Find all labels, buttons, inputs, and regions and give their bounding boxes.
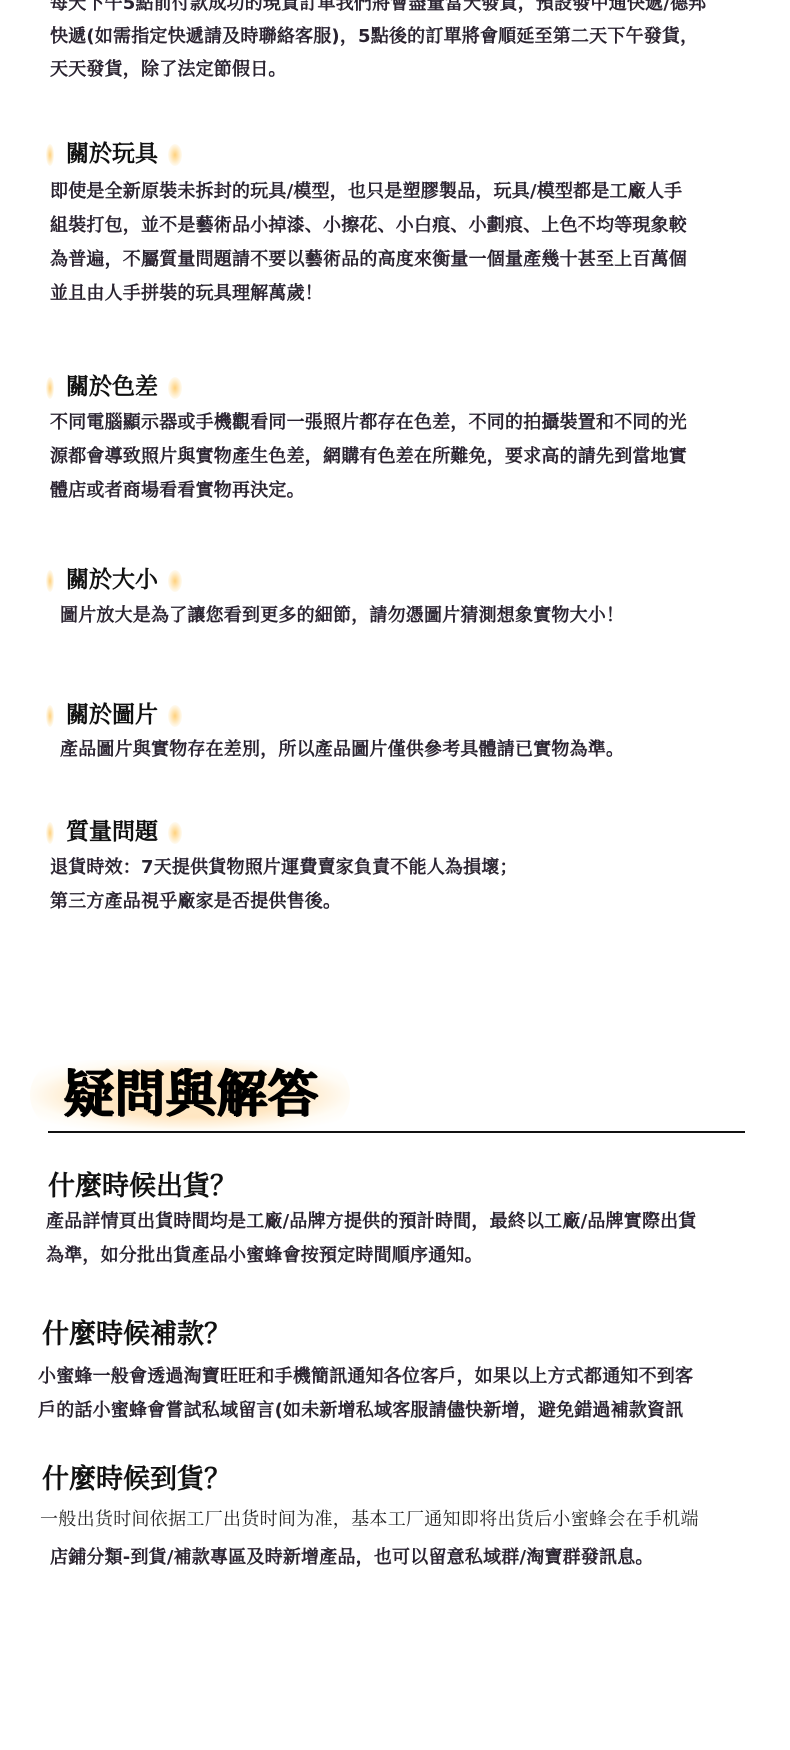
faq-answer-line: 一般出货时间依据工厂出货时间为准，基本工厂通知即将出货后小蜜蜂会在手机端 — [40, 1508, 699, 1532]
body-line: 即使是全新原裝未拆封的玩具/模型，也只是塑膠製品，玩具/模型都是工廠人手 — [50, 180, 682, 204]
faq-question: 什麼時候補款？ — [42, 1318, 231, 1352]
intro-line: 天天發貨，除了法定節假日。 — [50, 58, 287, 82]
intro-line: 每天下午5點前付款成功的現貨訂單我們將會盡量當天發貨，預設發中通快遞/德邦 — [50, 0, 707, 16]
faq-answer-line: 小蜜蜂一般會透過淘寶旺旺和手機簡訊通知各位客戶，如果以上方式都通知不到客 — [38, 1365, 693, 1389]
body-line: 產品圖片與實物存在差別，所以產品圖片僅供參考具體請已實物為準。 — [60, 738, 624, 762]
section-heading: 關於玩具 — [52, 138, 172, 170]
section-heading: 關於色差 — [52, 371, 172, 403]
body-line: 不同電腦顯示器或手機觀看同一張照片都存在色差，不同的拍攝裝置和不同的光 — [50, 411, 687, 435]
faq-divider — [48, 1131, 745, 1133]
faq-title: 疑問與解答 — [64, 1064, 319, 1124]
faq-answer-line: 店鋪分類-到貨/補款專區及時新增產品，也可以留意私域群/淘寶群發訊息。 — [50, 1546, 654, 1570]
body-line: 為普遍，不屬質量問題請不要以藝術品的高度來衡量一個量產幾十甚至上百萬個 — [50, 248, 687, 272]
faq-question: 什麼時候出貨？ — [48, 1170, 237, 1204]
body-line: 組裝打包，並不是藝術品小掉漆、小擦花、小白痕、小劃痕、上色不均等現象較 — [50, 214, 687, 238]
section-heading: 質量問題 — [52, 816, 172, 848]
body-line: 源都會導致照片與實物產生色差，網購有色差在所難免，要求高的請先到當地實 — [50, 445, 687, 469]
body-line: 退貨時效：7天提供貨物照片運費賣家負責不能人為損壞； — [50, 856, 518, 880]
body-line: 體店或者商場看看實物再決定。 — [50, 479, 305, 503]
faq-answer-line: 產品詳情頁出貨時間均是工廠/品牌方提供的預計時間，最終以工廠/品牌實際出貨 — [46, 1210, 697, 1234]
body-line: 第三方產品視乎廠家是否提供售後。 — [50, 890, 341, 914]
faq-question: 什麼時候到貨？ — [42, 1463, 231, 1497]
faq-answer-line: 戶的話小蜜蜂會嘗試私域留言(如未新增私域客服請儘快新增，避免錯過補款資訊 — [38, 1399, 683, 1423]
section-heading: 關於大小 — [52, 564, 172, 596]
body-line: 並且由人手拼裝的玩具理解萬歲！ — [50, 282, 323, 306]
body-line: 圖片放大是為了讓您看到更多的細節，請勿憑圖片猜測想象實物大小！ — [60, 604, 624, 628]
section-heading: 關於圖片 — [52, 699, 172, 731]
faq-answer-line: 為準，如分批出貨產品小蜜蜂會按預定時間順序通知。 — [46, 1244, 483, 1268]
intro-line: 快遞(如需指定快遞請及時聯絡客服)，5點後的訂單將會順延至第二天下午發貨， — [50, 25, 698, 49]
